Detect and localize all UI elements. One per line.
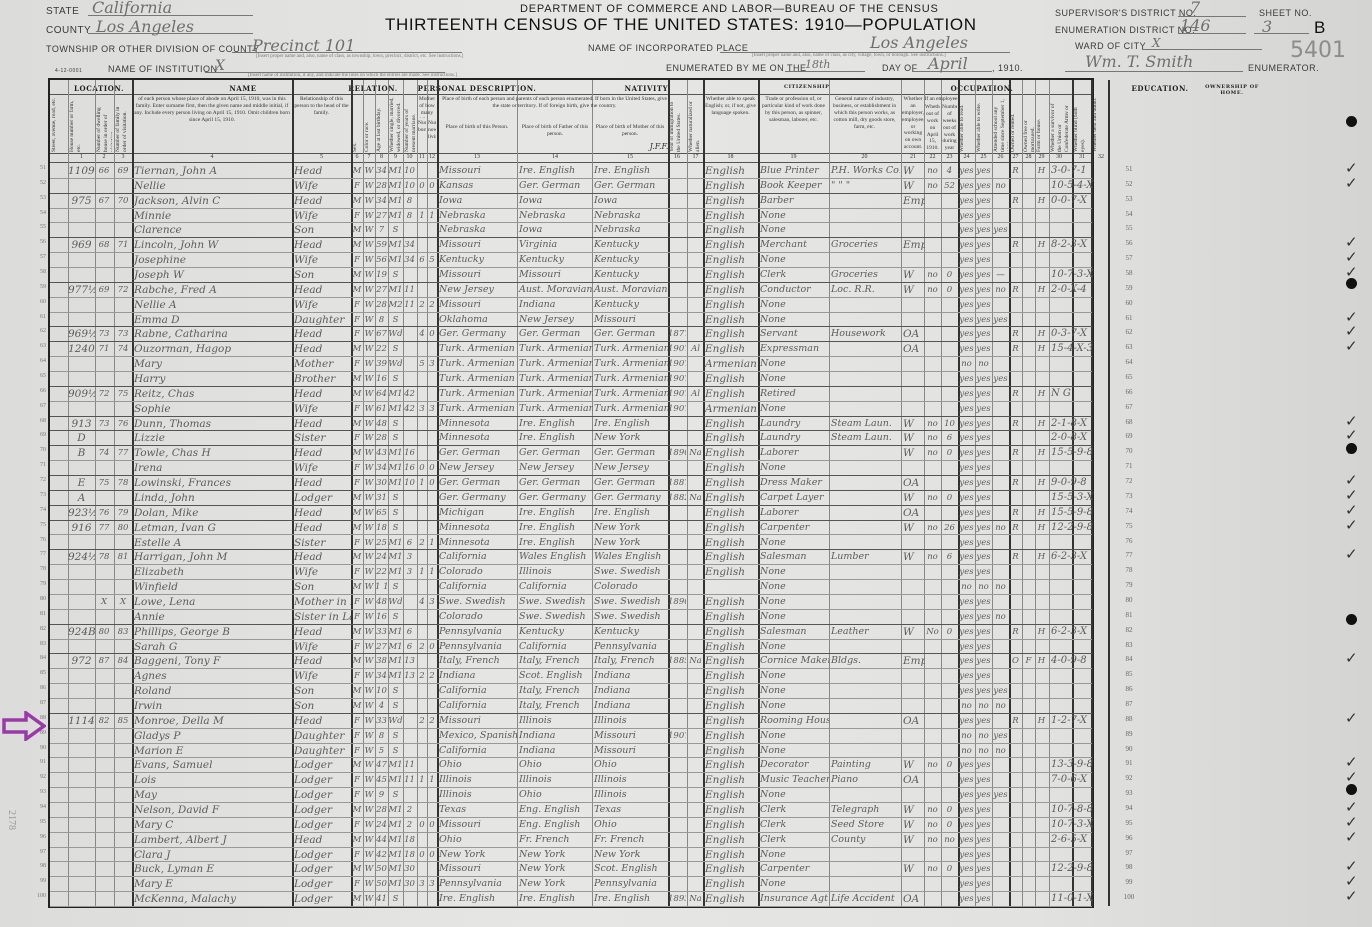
cell-ind <box>829 743 900 758</box>
cell-race: W <box>363 594 375 609</box>
cell-pob: Ger. Germany <box>437 326 517 341</box>
cell-farm <box>1035 876 1048 891</box>
census-sheet: State California County Los Angeles Town… <box>0 0 1372 927</box>
cell-wks <box>941 222 958 237</box>
cell-trade: None <box>758 683 829 698</box>
cell-sex: M <box>351 698 363 713</box>
cell-name: Ouzorman, Hagop <box>132 341 292 356</box>
cell-yrs: 30 <box>403 876 416 891</box>
cell-farm: H <box>1035 282 1048 297</box>
cell-code <box>1049 401 1096 416</box>
cell-age: 64 <box>375 386 388 401</box>
cell-fpob: Missouri <box>517 267 593 282</box>
cell-lang: English <box>703 237 758 252</box>
table-row: AnnieSister in LawFW16SColoradoSwe. Swed… <box>50 609 1092 624</box>
cell-out <box>924 728 941 743</box>
cell-living: 3 <box>427 876 437 891</box>
cell-yrs: 10 <box>403 163 416 178</box>
cell-own <box>1009 460 1022 475</box>
cell-write: yes <box>975 847 992 862</box>
cell-mar: M1 <box>388 772 403 787</box>
line-number: 86 <box>1118 685 1140 693</box>
cell-write: yes <box>975 386 992 401</box>
cell-name: Gladys P <box>132 728 292 743</box>
cell-living <box>427 757 437 772</box>
cell-pob: New Jersey <box>437 460 517 475</box>
cell-trade: Clerk <box>758 817 829 832</box>
cell-out <box>924 713 941 728</box>
cell-yrs <box>403 490 416 505</box>
cell-nat <box>687 564 704 579</box>
cell-yrs: 8 <box>403 208 416 223</box>
cell-born: 2 <box>417 713 427 728</box>
cell-born: 0 <box>417 847 427 862</box>
cell-age: 45 <box>375 772 388 787</box>
cell-dwell: 73 <box>95 416 113 431</box>
cell-nat <box>687 743 704 758</box>
check-mark-icon: ✓ <box>1345 649 1358 668</box>
cell-out <box>924 639 941 654</box>
cell-name: Lowinski, Frances <box>132 475 292 490</box>
cell-pob: Colorado <box>437 564 517 579</box>
cell-dwell <box>95 772 113 787</box>
cell-out: no <box>924 832 941 847</box>
cell-trade: Music Teacher <box>758 772 829 787</box>
cell-imm <box>668 297 686 312</box>
cell-trade: Servant <box>758 326 829 341</box>
cell-dwell <box>95 728 113 743</box>
cell-mar: S <box>388 787 403 802</box>
cell-write: yes <box>975 624 992 639</box>
cell-farm <box>1035 891 1048 906</box>
line-number: 71 <box>1118 462 1140 470</box>
cell-pob: Oklahoma <box>437 312 517 327</box>
cell-emp: W <box>901 416 925 431</box>
column-number: 27 <box>1009 154 1022 160</box>
table-row: B7477Towle, Chas HHeadMW43M116Ger. Germa… <box>50 445 1092 460</box>
group-citizenship: Citizenship. <box>784 84 824 90</box>
cell-fpob: Kentucky <box>517 624 593 639</box>
column-number: 31 <box>1072 154 1092 160</box>
cell-sex: M <box>351 237 363 252</box>
cell-living: 5 <box>427 252 437 267</box>
cell-yrs: 10 <box>403 475 416 490</box>
cell-yrs <box>403 505 416 520</box>
cell-fpob: Turk. Armenian <box>517 356 593 371</box>
sheet-value: 3 <box>1262 17 1272 36</box>
column-header-sex: Sex. <box>352 96 362 152</box>
cell-read: yes <box>958 430 975 445</box>
cell-mpob: New York <box>592 520 668 535</box>
cell-out <box>924 252 941 267</box>
cell-living <box>427 683 437 698</box>
cell-mpob: Iowa <box>592 193 668 208</box>
cell-born <box>417 787 427 802</box>
cell-fam <box>114 743 132 758</box>
cell-emp <box>901 208 925 223</box>
cell-read: no <box>958 728 975 743</box>
cell-yrs <box>403 520 416 535</box>
cell-emp <box>901 847 925 862</box>
cell-write: yes <box>975 193 992 208</box>
cell-own: R <box>1009 341 1022 356</box>
cell-trade: Carpet Layer <box>758 490 829 505</box>
cell-nat <box>687 520 704 535</box>
cell-sex: M <box>351 490 363 505</box>
column-number: 24 <box>958 154 975 160</box>
cell-fam <box>114 832 132 847</box>
cell-age: 28 <box>375 430 388 445</box>
cell-house: D <box>68 430 95 445</box>
cell-mar: M1 <box>388 624 403 639</box>
cell-write: yes <box>975 460 992 475</box>
cell-name: Rabne, Catharina <box>132 326 292 341</box>
cell-sch: no <box>992 520 1009 535</box>
line-number-left: 56 <box>32 239 46 245</box>
line-number-left: 77 <box>32 551 46 557</box>
cell-emp: W <box>901 861 925 876</box>
cell-race: W <box>363 312 375 327</box>
cell-race: W <box>363 876 375 891</box>
cell-fpob: Ire. English <box>517 430 593 445</box>
cell-pob: Turk. Armenian <box>437 401 517 416</box>
cell-lang: English <box>703 505 758 520</box>
cell-sch <box>992 341 1009 356</box>
cell-read: yes <box>958 535 975 550</box>
cell-farm <box>1035 698 1048 713</box>
cell-born <box>417 163 427 178</box>
cell-trade: None <box>758 252 829 267</box>
cell-dwell <box>95 802 113 817</box>
cell-lang: English <box>703 713 758 728</box>
cell-nat <box>687 683 704 698</box>
cell-rel: Lodger <box>292 787 351 802</box>
cell-dwell: 75 <box>95 475 113 490</box>
cell-name: Sarah G <box>132 639 292 654</box>
cell-lang: English <box>703 371 758 386</box>
cell-rel: Lodger <box>292 847 351 862</box>
cell-born: 4 <box>417 594 427 609</box>
cell-yrs <box>403 787 416 802</box>
cell-dwell <box>95 683 113 698</box>
check-mark-icon: ✓ <box>1345 174 1358 193</box>
cell-trade: None <box>758 564 829 579</box>
cell-sch: yes <box>992 312 1009 327</box>
cell-out: no <box>924 282 941 297</box>
cell-write: yes <box>975 891 992 906</box>
cell-farm <box>1035 430 1048 445</box>
cell-code: 10-7-3-X <box>1049 267 1096 282</box>
cell-born <box>417 386 427 401</box>
cell-age: 16 <box>375 371 388 386</box>
cell-mpob: Wales English <box>592 549 668 564</box>
cell-code: 2-0-X-4 <box>1049 282 1096 297</box>
cell-mpob: Ire. English <box>592 505 668 520</box>
table-row: 1109½6669Tiernan, John AHeadMW34M110Miss… <box>50 163 1092 178</box>
cell-mpob: Ohio <box>592 817 668 832</box>
cell-write: yes <box>975 341 992 356</box>
cell-dwell: 67 <box>95 193 113 208</box>
cell-house <box>68 757 95 772</box>
cell-name: Agnes <box>132 668 292 683</box>
cell-out: no <box>924 430 941 445</box>
incorporated-instruction: [Insert proper name and, also, name of c… <box>752 53 946 58</box>
cell-sch: yes <box>992 787 1009 802</box>
cell-trade: None <box>758 787 829 802</box>
cell-write: yes <box>975 876 992 891</box>
cell-fam <box>114 401 132 416</box>
cell-fpob: Swe. Swedish <box>517 609 593 624</box>
cell-farm: H <box>1035 713 1048 728</box>
cell-fpob: Italy, French <box>517 683 593 698</box>
cell-sch <box>992 639 1009 654</box>
cell-rel: Head <box>292 237 351 252</box>
cell-write: yes <box>975 817 992 832</box>
cell-name: Irwin <box>132 698 292 713</box>
cell-write: yes <box>975 683 992 698</box>
cell-code: 2-1-8-X <box>1049 416 1096 431</box>
cell-rel: Wife <box>292 178 351 193</box>
cell-fam <box>114 222 132 237</box>
cell-emp: W <box>901 802 925 817</box>
column-number: 29 <box>1035 154 1048 160</box>
cell-name: Linda, John <box>132 490 292 505</box>
cell-fpob: Illinois <box>517 772 593 787</box>
cell-out: no <box>924 416 941 431</box>
cell-lang: English <box>703 193 758 208</box>
column-number: 16 <box>668 154 686 160</box>
cell-emp: OA <box>901 505 925 520</box>
cell-dwell <box>95 861 113 876</box>
line-number: 75 <box>1118 522 1140 530</box>
cell-farm: H <box>1035 505 1048 520</box>
cell-ind <box>829 222 900 237</box>
enumerated-month: April <box>928 54 968 73</box>
cell-emp: Emp <box>901 237 925 252</box>
cell-write: no <box>975 579 992 594</box>
cell-pob: Turk. Armenian <box>437 371 517 386</box>
cell-read: yes <box>958 787 975 802</box>
column-header-ind: General nature of industry, business, or… <box>830 96 899 152</box>
cell-age: 28 <box>375 297 388 312</box>
line-number-left: 83 <box>32 641 46 647</box>
cell-read: yes <box>958 683 975 698</box>
line-number: 77 <box>1118 551 1140 559</box>
check-mark-icon: ✓ <box>1345 545 1358 564</box>
line-number-left: 63 <box>32 343 46 349</box>
cell-own <box>1009 817 1022 832</box>
cell-wks <box>941 208 958 223</box>
cell-sch <box>992 193 1009 208</box>
state-label: State <box>46 6 79 17</box>
cell-code: 6-2-3-X <box>1049 549 1096 564</box>
column-header-st: Street, avenue, road, etc. <box>51 96 67 152</box>
cell-farm <box>1035 490 1048 505</box>
cell-sex: M <box>351 505 363 520</box>
cell-sch <box>992 430 1009 445</box>
cell-fam <box>114 208 132 223</box>
cell-write: yes <box>975 178 992 193</box>
cell-mpob: Ger. German <box>592 326 668 341</box>
column-header-yrs: Number of years of present marriage. <box>404 96 415 152</box>
cell-age: 25 <box>375 535 388 550</box>
cell-dwell <box>95 430 113 445</box>
cell-code <box>1049 252 1096 267</box>
column-header-race: Color or race. <box>364 96 374 152</box>
cell-trade: Blue Printer <box>758 163 829 178</box>
cell-emp: Emp <box>901 193 925 208</box>
table-row: ALinda, JohnLodgerMW31SGer. GermanyGer. … <box>50 490 1092 505</box>
cell-rel: Lodger <box>292 490 351 505</box>
cell-race: W <box>363 267 375 282</box>
cell-lang: English <box>703 460 758 475</box>
cell-own <box>1009 312 1022 327</box>
cell-nat <box>687 847 704 862</box>
cell-imm <box>668 861 686 876</box>
group-name: Name <box>148 84 338 93</box>
cell-pob: Minnesota <box>437 430 517 445</box>
cell-house: 924½ <box>68 549 95 564</box>
cell-farm <box>1035 847 1048 862</box>
cell-rel: Head <box>292 326 351 341</box>
cell-yrs <box>403 267 416 282</box>
cell-emp: W <box>901 520 925 535</box>
cell-wks: no <box>941 832 958 847</box>
cell-imm: 1907 <box>668 401 686 416</box>
cell-sex: M <box>351 267 363 282</box>
column-header-own: Owned or rented. <box>1010 96 1021 152</box>
cell-fpob: Indiana <box>517 743 593 758</box>
cell-ind: Housework <box>829 326 900 341</box>
cell-wks <box>941 787 958 802</box>
cell-imm <box>668 312 686 327</box>
column-header-lang: Whether able to speak English; or, if no… <box>704 96 757 152</box>
cell-born <box>417 757 427 772</box>
cell-code: 6-2-3-X <box>1049 624 1096 639</box>
cell-nat <box>687 430 704 445</box>
cell-ind <box>829 787 900 802</box>
cell-dwell <box>95 832 113 847</box>
cell-own <box>1009 757 1022 772</box>
cell-sch <box>992 817 1009 832</box>
cell-age: 22 <box>375 564 388 579</box>
cell-trade: Laundry <box>758 416 829 431</box>
line-number: 62 <box>1118 328 1140 336</box>
cell-mar: M1 <box>388 847 403 862</box>
cell-dwell <box>95 668 113 683</box>
cell-living <box>427 579 437 594</box>
cell-emp: OA <box>901 713 925 728</box>
cell-pob: Nebraska <box>437 222 517 237</box>
cell-imm <box>668 193 686 208</box>
cell-yrs: 11 <box>403 297 416 312</box>
cell-mpob: Illinois <box>592 713 668 728</box>
column-number: 26 <box>992 154 1009 160</box>
cell-yrs <box>403 891 416 906</box>
cell-mpob: Turk. Armenian <box>592 356 668 371</box>
cell-mpob: Turk. Armenian <box>592 371 668 386</box>
cell-rel: Lodger <box>292 802 351 817</box>
cell-mpob: Indiana <box>592 683 668 698</box>
cell-rel: Head <box>292 445 351 460</box>
cell-house <box>68 668 95 683</box>
cell-sex: F <box>351 297 363 312</box>
column-header-c30: Whether a survivor of the Union or Confe… <box>1050 96 1068 152</box>
cell-wks <box>941 341 958 356</box>
cell-out <box>924 653 941 668</box>
cell-code <box>1049 594 1096 609</box>
cell-lang: Armenian <box>703 356 758 371</box>
cell-trade: Rooming House Keeper <box>758 713 829 728</box>
cell-sex: M <box>351 683 363 698</box>
cell-nat <box>687 252 704 267</box>
cell-mar: M1 <box>388 163 403 178</box>
cell-age: 67 <box>375 326 388 341</box>
cell-farm: H <box>1035 386 1048 401</box>
cell-mar: M1 <box>388 178 403 193</box>
cell-living: 0 <box>427 639 437 654</box>
cell-free <box>1022 193 1035 208</box>
cell-name: Annie <box>132 609 292 624</box>
cell-wks: 52 <box>941 178 958 193</box>
cell-farm <box>1035 297 1048 312</box>
line-number-left: 73 <box>32 492 46 498</box>
cell-code: 1-2-7-X <box>1049 713 1096 728</box>
cell-nat: Al <box>687 341 704 356</box>
line-number-left: 85 <box>32 670 46 676</box>
cell-emp: Emp <box>901 653 925 668</box>
cell-imm <box>668 609 686 624</box>
cell-fam <box>114 639 132 654</box>
line-number-left: 64 <box>32 358 46 364</box>
column-number: 18 <box>703 154 758 160</box>
cell-free <box>1022 743 1035 758</box>
cell-fpob: Ger. German <box>517 475 593 490</box>
cell-ind <box>829 564 900 579</box>
cell-race: W <box>363 520 375 535</box>
cell-read: yes <box>958 861 975 876</box>
cell-ind <box>829 683 900 698</box>
cell-read: yes <box>958 713 975 728</box>
cell-sex: F <box>351 178 363 193</box>
cell-race: W <box>363 490 375 505</box>
cell-living <box>427 386 437 401</box>
cell-living <box>427 341 437 356</box>
cell-own: R <box>1009 163 1022 178</box>
cell-code <box>1049 743 1096 758</box>
township-label: Township or other division of county <box>46 44 260 54</box>
line-number-left: 80 <box>32 596 46 602</box>
cell-pob: Indiana <box>437 668 517 683</box>
cell-dwell: 72 <box>95 386 113 401</box>
cell-fpob: Ger. German <box>517 445 593 460</box>
cell-name: Joseph W <box>132 267 292 282</box>
cell-name: Buck, Lyman E <box>132 861 292 876</box>
line-number: 65 <box>1118 373 1140 381</box>
cell-living <box>427 832 437 847</box>
cell-age: 34 <box>375 193 388 208</box>
line-number: 76 <box>1118 537 1140 545</box>
cell-living <box>427 445 437 460</box>
cell-code: 3-0-7-1 <box>1049 163 1096 178</box>
cell-fam <box>114 579 132 594</box>
cell-wks <box>941 683 958 698</box>
cell-sex: F <box>351 401 363 416</box>
cell-ind: Leather <box>829 624 900 639</box>
cell-read: yes <box>958 757 975 772</box>
cell-mar: S <box>388 728 403 743</box>
cell-sex: F <box>351 728 363 743</box>
